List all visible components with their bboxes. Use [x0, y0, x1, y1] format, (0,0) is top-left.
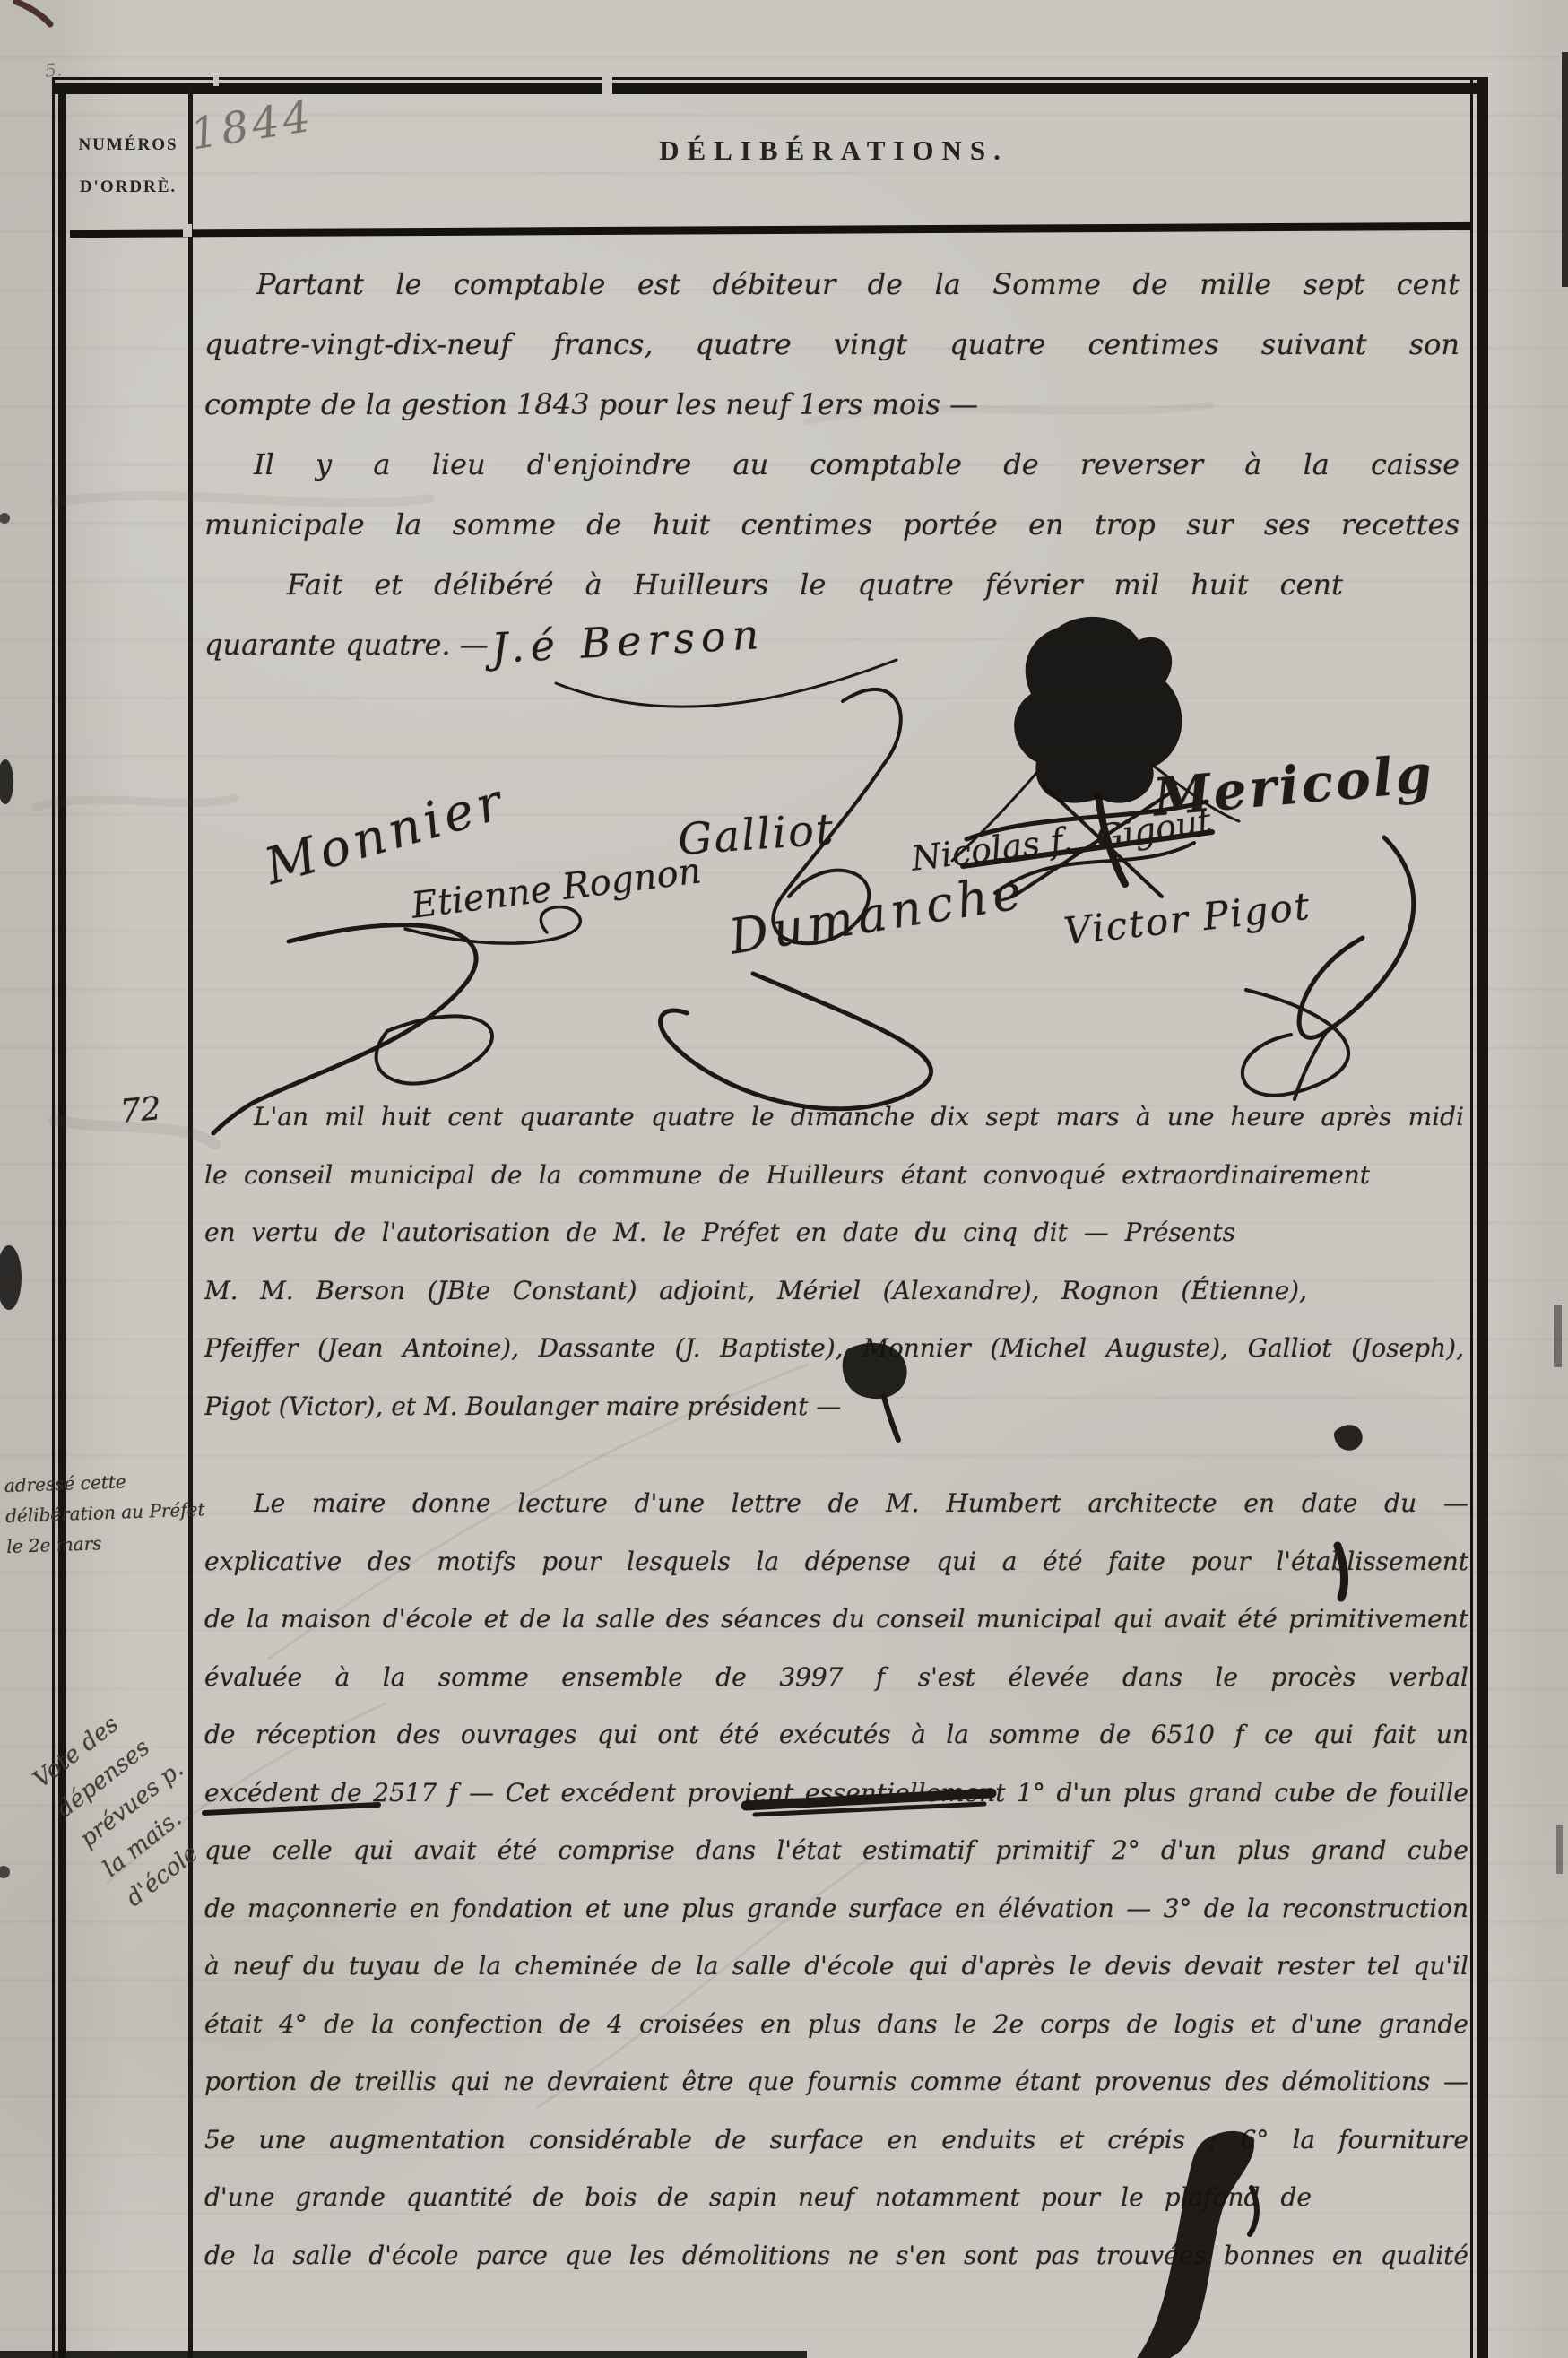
- edge-ink-dot: [0, 513, 10, 524]
- manuscript-line: quarante quatre. —: [204, 615, 1460, 675]
- signature-dumanche: Dumanche: [725, 863, 1029, 965]
- corner-pencil-mark: 5.: [44, 58, 63, 82]
- right-edge-mark: [1554, 1305, 1562, 1367]
- edge-ink-blob: [0, 1245, 22, 1310]
- manuscript-line: L'an mil huit cent quarante quatre le di…: [204, 1088, 1464, 1147]
- manuscript-line: le conseil municipal de la commune de Hu…: [204, 1147, 1370, 1205]
- margin-entry-number: 72: [118, 1090, 162, 1131]
- manuscript-line: d'une grande quantité de bois de sapin n…: [204, 2169, 1312, 2227]
- manuscript-line: Pigot (Victor), et M. Boulanger maire pr…: [204, 1378, 1464, 1436]
- manuscript-line: Il y a lieu d'enjoindre au comptable de …: [204, 435, 1460, 495]
- manuscript-line: en vertu de l'autorisation de M. le Préf…: [204, 1204, 1235, 1262]
- right-edge-mark: [1556, 1825, 1563, 1874]
- bottom-scan-edge: [0, 2351, 807, 2358]
- deliberation-opening-paragraph: L'an mil huit cent quarante quatre le di…: [204, 1088, 1464, 1435]
- frame-left-outer-line: [52, 77, 55, 2358]
- manuscript-line: de réception des ouvrages qui ont été ex…: [204, 1706, 1468, 1764]
- deliberation-body-paragraph: Le maire donne lecture d'une lettre de M…: [204, 1475, 1468, 2284]
- signature-gigout: Gigout: [1093, 801, 1214, 858]
- pigot-paraph: [1243, 990, 1348, 1096]
- mericolg-paraph: [1299, 837, 1414, 1037]
- top-border-ink-gap-2: [213, 75, 219, 86]
- top-border-ink-gap: [602, 75, 612, 97]
- manuscript-line: excédent de 2517 f — Cet excédent provie…: [204, 1764, 1468, 1823]
- frame-right-border: [1477, 77, 1488, 2358]
- manuscript-line: Pfeiffer (Jean Antoine), Dassante (J. Ba…: [204, 1320, 1464, 1378]
- manuscript-line: à neuf du tuyau de la cheminée de la sal…: [204, 1938, 1468, 1996]
- dordre-label: D'ORDRÈ.: [68, 166, 188, 208]
- frame-top-outer-line: [52, 77, 1484, 80]
- right-scan-edge: [1562, 52, 1568, 287]
- corner-ink-flick: [16, 2, 50, 24]
- margin-column-separator: [188, 85, 193, 2358]
- manuscript-line: Le maire donne lecture d'une lettre de M…: [204, 1475, 1468, 1533]
- margin-note-line: le 2e mars: [6, 1524, 213, 1562]
- edge-ink-dot: [0, 1866, 10, 1878]
- signature-victor-pigot: Victor Pigot: [1061, 884, 1312, 954]
- manuscript-line: de maçonnerie en fondation et une plus g…: [204, 1880, 1468, 1938]
- manuscript-line: municipale la somme de huit centimes por…: [204, 495, 1460, 555]
- header-rule-gap: [183, 224, 192, 237]
- signature-etienne-rognon: Etienne Rognon: [409, 850, 703, 926]
- signature-galliot: Galliot: [676, 804, 836, 865]
- frame-right-inner-line: [1470, 79, 1473, 2358]
- manuscript-line: de la salle d'école parce que les démoli…: [204, 2227, 1468, 2285]
- manuscript-line: évaluée à la somme ensemble de 3997 f s'…: [204, 1649, 1468, 1707]
- frame-left-border: [58, 83, 66, 2358]
- edge-ink-blob: [0, 759, 13, 804]
- deliberation-closing-paragraph: Partant le comptable est débiteur de la …: [204, 255, 1460, 675]
- manuscript-line: explicative des motifs pour lesquels la …: [204, 1533, 1468, 1591]
- register-page-scan: NUMÉROS D'ORDRÈ. DÉLIBÉRATIONS. 1844 5. …: [0, 0, 1568, 2358]
- manuscript-line: compte de la gestion 1843 pour les neuf …: [204, 375, 1460, 435]
- manuscript-line: Fait et délibéré à Huilleurs le quatre f…: [204, 555, 1343, 615]
- manuscript-line: Partant le comptable est débiteur de la …: [204, 255, 1460, 315]
- header-rule: [70, 222, 1470, 238]
- manuscript-line: était 4° de la confection de 4 croisées …: [204, 1996, 1468, 2054]
- manuscript-line: quatre-vingt-dix-neuf francs, quatre vin…: [204, 315, 1460, 375]
- manuscript-line: 5e une augmentation considérable de surf…: [204, 2111, 1468, 2170]
- manuscript-line: portion de treillis qui ne devraient êtr…: [204, 2053, 1468, 2111]
- manuscript-line: M. M. Berson (JBte Constant) adjoint, Mé…: [204, 1262, 1307, 1321]
- manuscript-line: de la maison d'école et de la salle des …: [204, 1591, 1468, 1649]
- margin-dispatch-note: adressé cettedélibération au Préfetle 2e…: [4, 1463, 212, 1562]
- monnier-loop: [377, 1016, 492, 1083]
- frame-top-border: [52, 83, 1484, 94]
- manuscript-line: que celle qui avait été comprise dans l'…: [204, 1822, 1468, 1880]
